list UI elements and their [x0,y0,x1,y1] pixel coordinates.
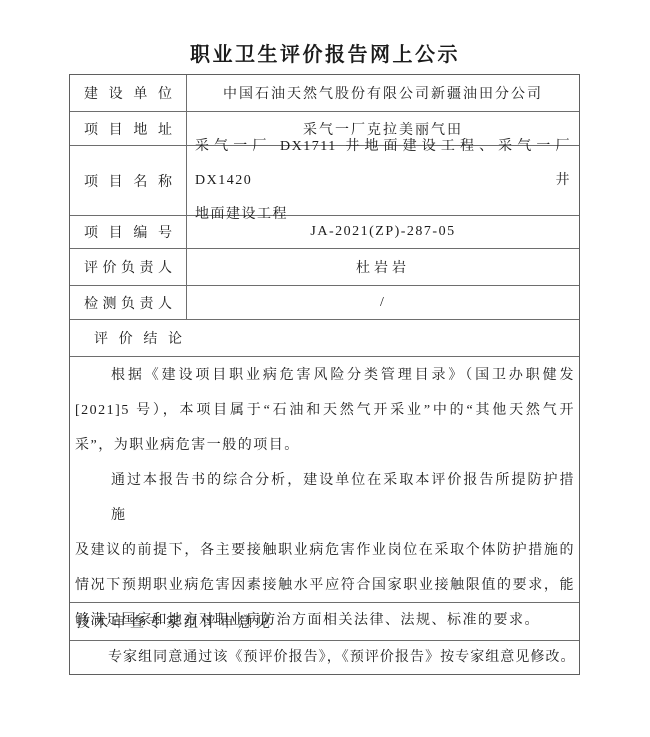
row-label: 检测负责人 [84,293,172,313]
conclusion-header-row: 评价结论 [70,319,579,356]
conclusion-line: 及建议的前提下，各主要接触职业病危害作业岗位在采取个体防护措施的 [75,533,575,568]
review-comment: 专家组同意通过该《预评价报告》，《预评价报告》按专家组意见修改。 [70,641,579,675]
review-comment-row: 专家组同意通过该《预评价报告》，《预评价报告》按专家组意见修改。 [70,640,579,674]
table-row-construction-unit: 建设单位 中国石油天然气股份有限公司新疆油田分公司 [70,75,579,111]
row-value-cell: 杜岩岩 [187,249,579,285]
review-header: 技术审查专家组评审意见 [76,612,274,632]
conclusion-line: 情况下预期职业病危害因素接触水平应符合国家职业接触限值的要求，能 [75,568,575,603]
conclusion-line: 采”，为职业病危害一般的项目。 [75,428,575,463]
table-row-project-name: 项目名称 采气一厂 DX1711 井地面建设工程、采气一厂 DX1420 井 地… [70,145,579,215]
row-value: JA-2021(ZP)-287-05 [187,224,579,240]
row-label-cell: 项目编号 [70,216,187,248]
table-row-evaluation-leader: 评价负责人 杜岩岩 [70,248,579,285]
row-label: 项目地址 [84,119,172,139]
conclusion-line: 通过本报告书的综合分析，建设单位在采取本评价报告所提防护措施 [75,463,575,533]
publicity-table: 建设单位 中国石油天然气股份有限公司新疆油田分公司 项目地址 采气一厂克拉美丽气… [69,74,580,675]
conclusion-line: 根据《建设项目职业病危害风险分类管理目录》（国卫办职健发 [75,358,575,393]
row-value-cell: 采气一厂 DX1711 井地面建设工程、采气一厂 DX1420 井 地面建设工程 [187,146,579,215]
row-value: / [187,295,579,311]
row-label-cell: 项目地址 [70,112,187,145]
row-label-cell: 项目名称 [70,146,187,215]
row-value-cell: / [187,286,579,319]
row-label: 项目名称 [84,171,172,191]
conclusion-header: 评价结论 [94,328,182,348]
row-label: 评价负责人 [84,257,172,277]
page-title: 职业卫生评价报告网上公示 [0,0,650,67]
table-row-project-number: 项目编号 JA-2021(ZP)-287-05 [70,215,579,248]
row-label-cell: 检测负责人 [70,286,187,319]
row-value-line: 采气一厂 DX1711 井地面建设工程、采气一厂 DX1420 井 [187,130,579,198]
row-label-cell: 评价负责人 [70,249,187,285]
table-row-testing-leader: 检测负责人 / [70,285,579,319]
row-label: 建设单位 [84,83,172,103]
row-label: 项目编号 [84,222,172,242]
row-value-cell: JA-2021(ZP)-287-05 [187,216,579,248]
conclusion-body-row: 根据《建设项目职业病危害风险分类管理目录》（国卫办职健发 [2021]5 号），… [70,356,579,602]
row-value: 中国石油天然气股份有限公司新疆油田分公司 [187,83,579,103]
conclusion-line: [2021]5 号），本项目属于“石油和天然气开采业”中的“其他天然气开 [75,393,575,428]
row-label-cell: 建设单位 [70,75,187,111]
row-value-cell: 中国石油天然气股份有限公司新疆油田分公司 [187,75,579,111]
row-value: 杜岩岩 [187,257,579,277]
